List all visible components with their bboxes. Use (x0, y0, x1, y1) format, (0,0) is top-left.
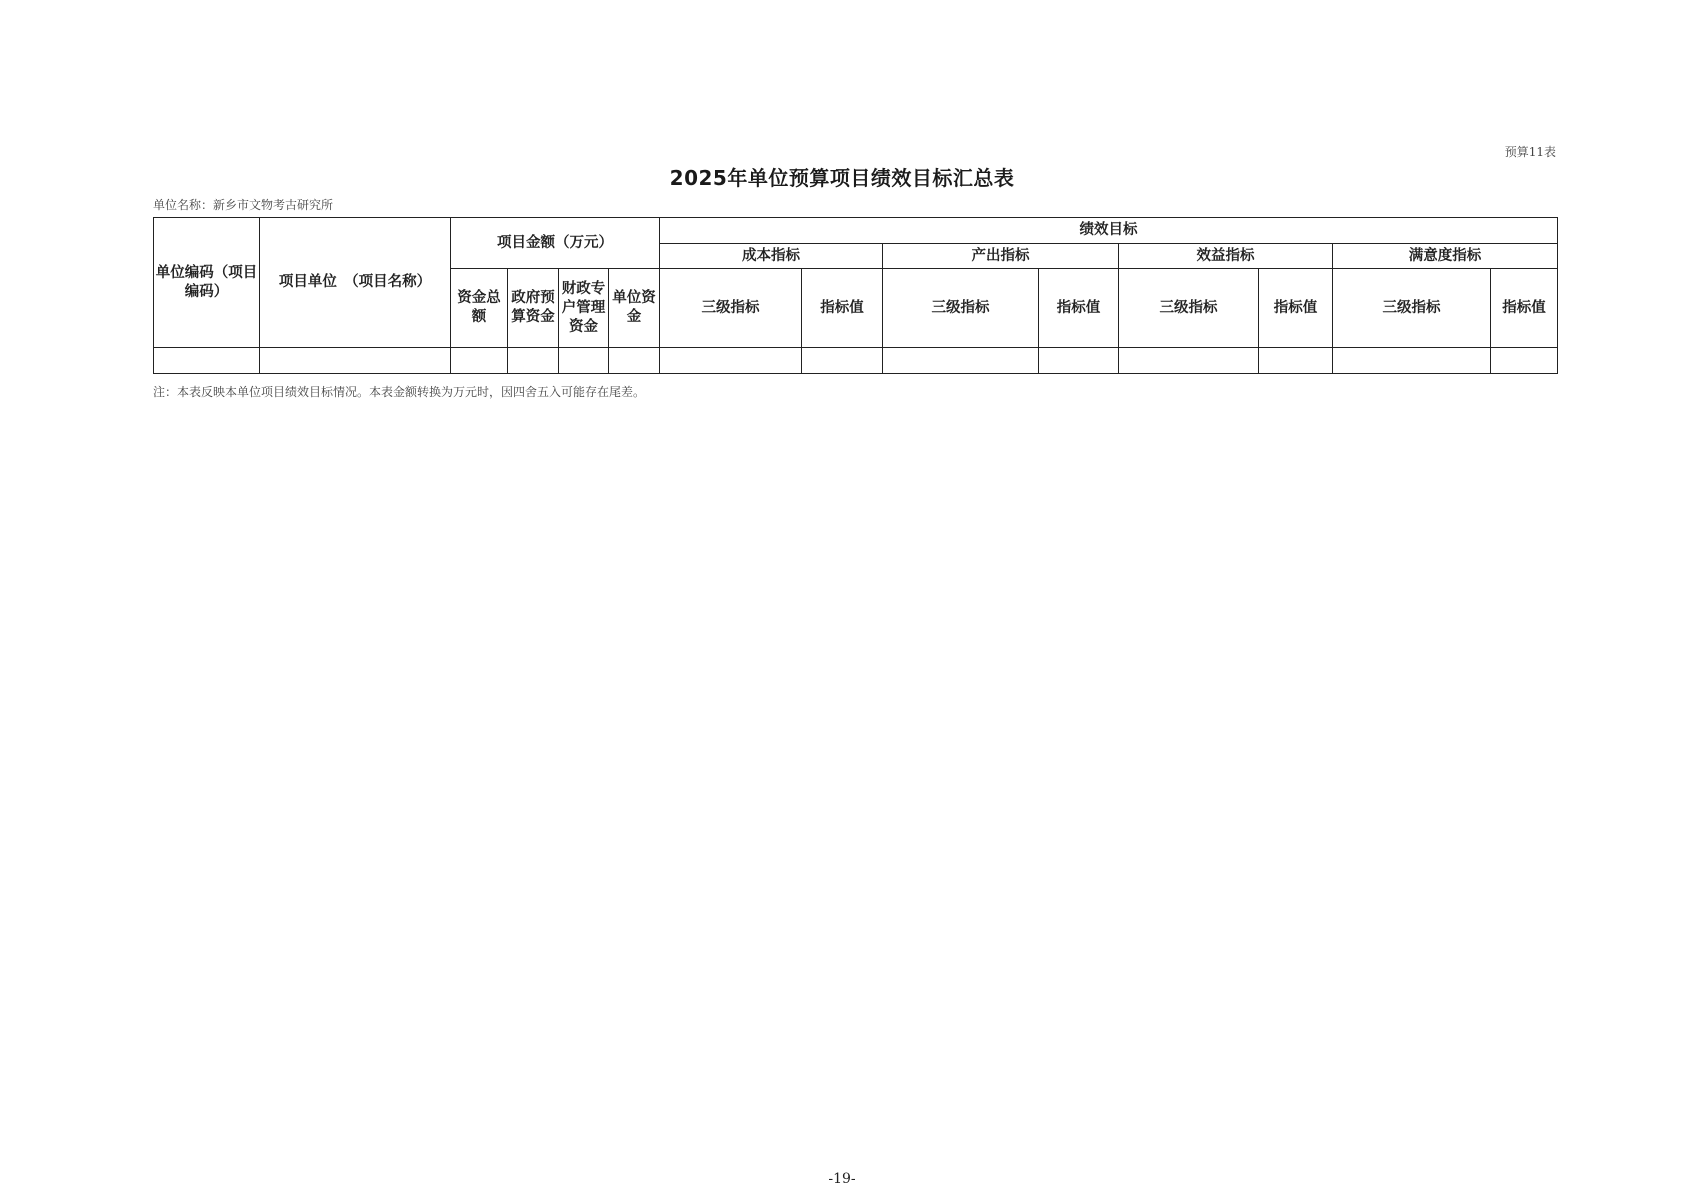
footnote: 注：本表反映本单位项目绩效目标情况。本表金额转换为万元时，因四舍五入可能存在尾差… (153, 383, 645, 400)
col-fiscal-special: 财政专户管理资金 (559, 269, 609, 348)
cell (1491, 348, 1558, 374)
cell (660, 348, 802, 374)
table-row (154, 348, 1558, 374)
col-benefit-indicator: 效益指标 (1119, 244, 1333, 269)
unit-name-label: 单位名称： (153, 198, 213, 212)
cell (883, 348, 1039, 374)
col-performance-group: 绩效目标 (660, 218, 1558, 244)
cell (451, 348, 508, 374)
col-satisfaction-indicator: 满意度指标 (1333, 244, 1558, 269)
col-cost-level3: 三级指标 (660, 269, 802, 348)
col-output-indicator: 产出指标 (883, 244, 1119, 269)
unit-name-value: 新乡市文物考古研究所 (213, 198, 333, 212)
col-amount-total: 资金总额 (451, 269, 508, 348)
unit-name-line: 单位名称：新乡市文物考古研究所 (153, 196, 333, 213)
cell (508, 348, 559, 374)
col-unit-funds: 单位资金 (609, 269, 660, 348)
col-unit-code: 单位编码（项目编码） (154, 218, 260, 348)
col-cost-indicator: 成本指标 (660, 244, 883, 269)
cell (802, 348, 883, 374)
col-output-level3: 三级指标 (883, 269, 1039, 348)
form-number: 预算11表 (1480, 143, 1556, 160)
col-cost-value: 指标值 (802, 269, 883, 348)
page-number: -19- (0, 1171, 1684, 1187)
col-satisfaction-value: 指标值 (1491, 269, 1558, 348)
col-benefit-value: 指标值 (1259, 269, 1333, 348)
cell (260, 348, 451, 374)
page-title: 2025年单位预算项目绩效目标汇总表 (0, 162, 1684, 191)
cell (1333, 348, 1491, 374)
cell (1259, 348, 1333, 374)
cell (609, 348, 660, 374)
col-amount-group: 项目金额（万元） (451, 218, 660, 269)
performance-goals-table: 单位编码（项目编码） 项目单位 （项目名称） 项目金额（万元） 绩效目标 成本指… (153, 217, 1558, 374)
header-row-1: 单位编码（项目编码） 项目单位 （项目名称） 项目金额（万元） 绩效目标 (154, 218, 1558, 244)
col-gov-budget: 政府预算资金 (508, 269, 559, 348)
cell (1119, 348, 1259, 374)
col-satisfaction-level3: 三级指标 (1333, 269, 1491, 348)
cell (1039, 348, 1119, 374)
cell (559, 348, 609, 374)
col-benefit-level3: 三级指标 (1119, 269, 1259, 348)
col-output-value: 指标值 (1039, 269, 1119, 348)
col-project-unit: 项目单位 （项目名称） (260, 218, 451, 348)
cell (154, 348, 260, 374)
